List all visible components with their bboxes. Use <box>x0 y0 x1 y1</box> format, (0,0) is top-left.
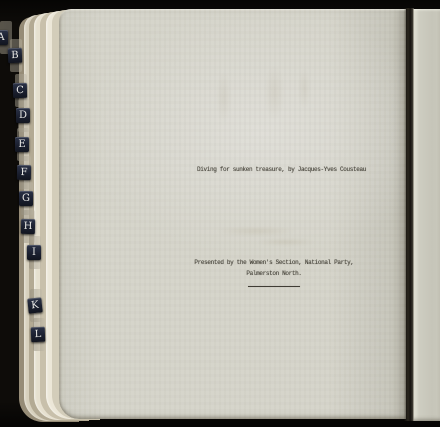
index-tab-d: D <box>16 108 30 123</box>
index-tab-h: H <box>21 219 35 234</box>
book-gutter <box>404 8 414 421</box>
album-page <box>59 9 406 419</box>
index-tab-a: A <box>0 30 8 45</box>
facing-page-edge <box>413 9 440 421</box>
index-tab-f: F <box>17 165 31 180</box>
index-tab-i: I <box>27 245 41 260</box>
index-tab-k: K <box>27 297 42 313</box>
index-tab-g: G <box>19 191 33 206</box>
typed-title-line: Diving for sunken treasure, by Jacques-Y… <box>197 166 366 173</box>
index-tab-c: C <box>13 83 27 98</box>
presented-line-1: Presented by the Women's Section, Nation… <box>174 257 374 268</box>
typed-underline <box>248 286 300 287</box>
presentation-inscription: Presented by the Women's Section, Nation… <box>174 257 374 287</box>
presented-line-2: Palmerston North. <box>174 268 374 279</box>
index-tab-b: B <box>8 48 23 63</box>
book-photo: ABCDEFGHIKL Diving for sunken treasure, … <box>0 0 440 427</box>
index-tab-l: L <box>31 327 46 342</box>
index-tab-e: E <box>15 137 29 152</box>
